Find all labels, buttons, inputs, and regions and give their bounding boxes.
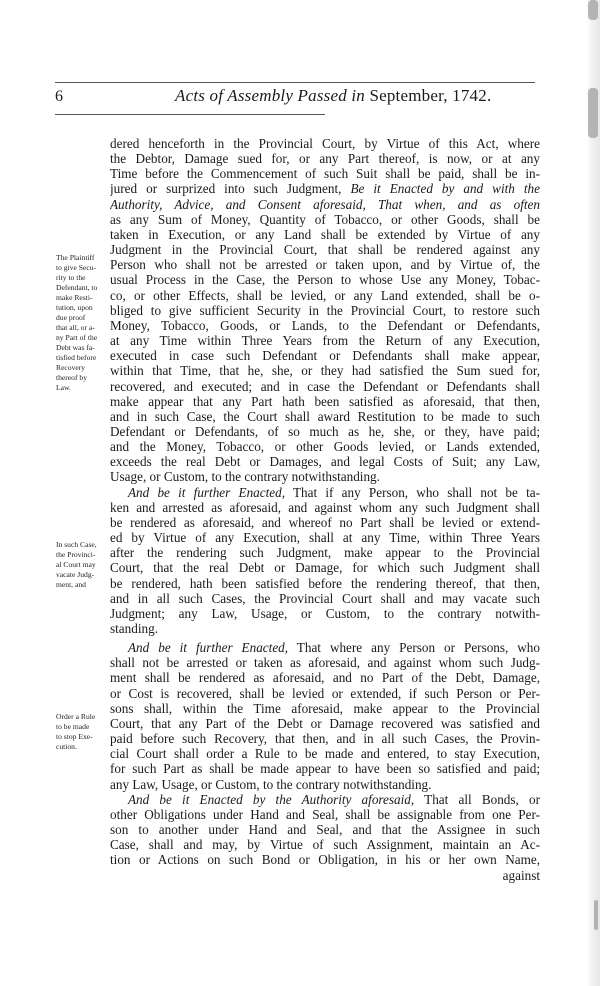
side-note-vacate-judgment: In such Case,the Provinci-al Court mayva… [56, 540, 108, 590]
paragraph-1: dered henceforth in the Provincial Court… [110, 136, 540, 485]
side-note-order-rule: Order a Ruleto be madeto stop Exe-cution… [56, 712, 108, 752]
side-note-plaintiff-security: The Plaintiffto give Secu-rity to theDef… [56, 253, 108, 393]
scan-blot [588, 0, 598, 20]
enacting-clause: And be it further Enacted, [128, 485, 285, 500]
page-edge-scan-artifact [586, 0, 600, 986]
paragraph-4: And be it Enacted by the Authority afore… [110, 792, 540, 868]
header-rule-bottom [55, 114, 325, 115]
running-title-date: September, 1742. [369, 86, 491, 105]
paragraph-3: And be it further Enacted, That where an… [110, 640, 540, 792]
running-head: 6 Acts of Assembly Passed in September, … [55, 88, 525, 110]
paragraph-2: And be it further Enacted, That if any P… [110, 485, 540, 637]
header-rule-top [55, 82, 535, 83]
enacting-clause: And be it further Enacted, [128, 640, 288, 655]
running-title: Acts of Assembly Passed in September, 17… [175, 86, 491, 106]
body-text: dered henceforth in the Provincial Court… [110, 136, 540, 883]
enacting-clause: And be it Enacted by the Authority afore… [128, 792, 414, 807]
enacting-clause: Be it Enacted by and with the [350, 181, 540, 196]
scan-blot [594, 900, 598, 930]
running-title-italic: Acts of Assembly Passed in [175, 86, 365, 105]
page-number: 6 [55, 88, 63, 106]
catchword: against [110, 868, 540, 883]
authority-clause: Authority, Advice, and Consent aforesaid… [110, 197, 540, 212]
scan-blot [588, 88, 598, 138]
